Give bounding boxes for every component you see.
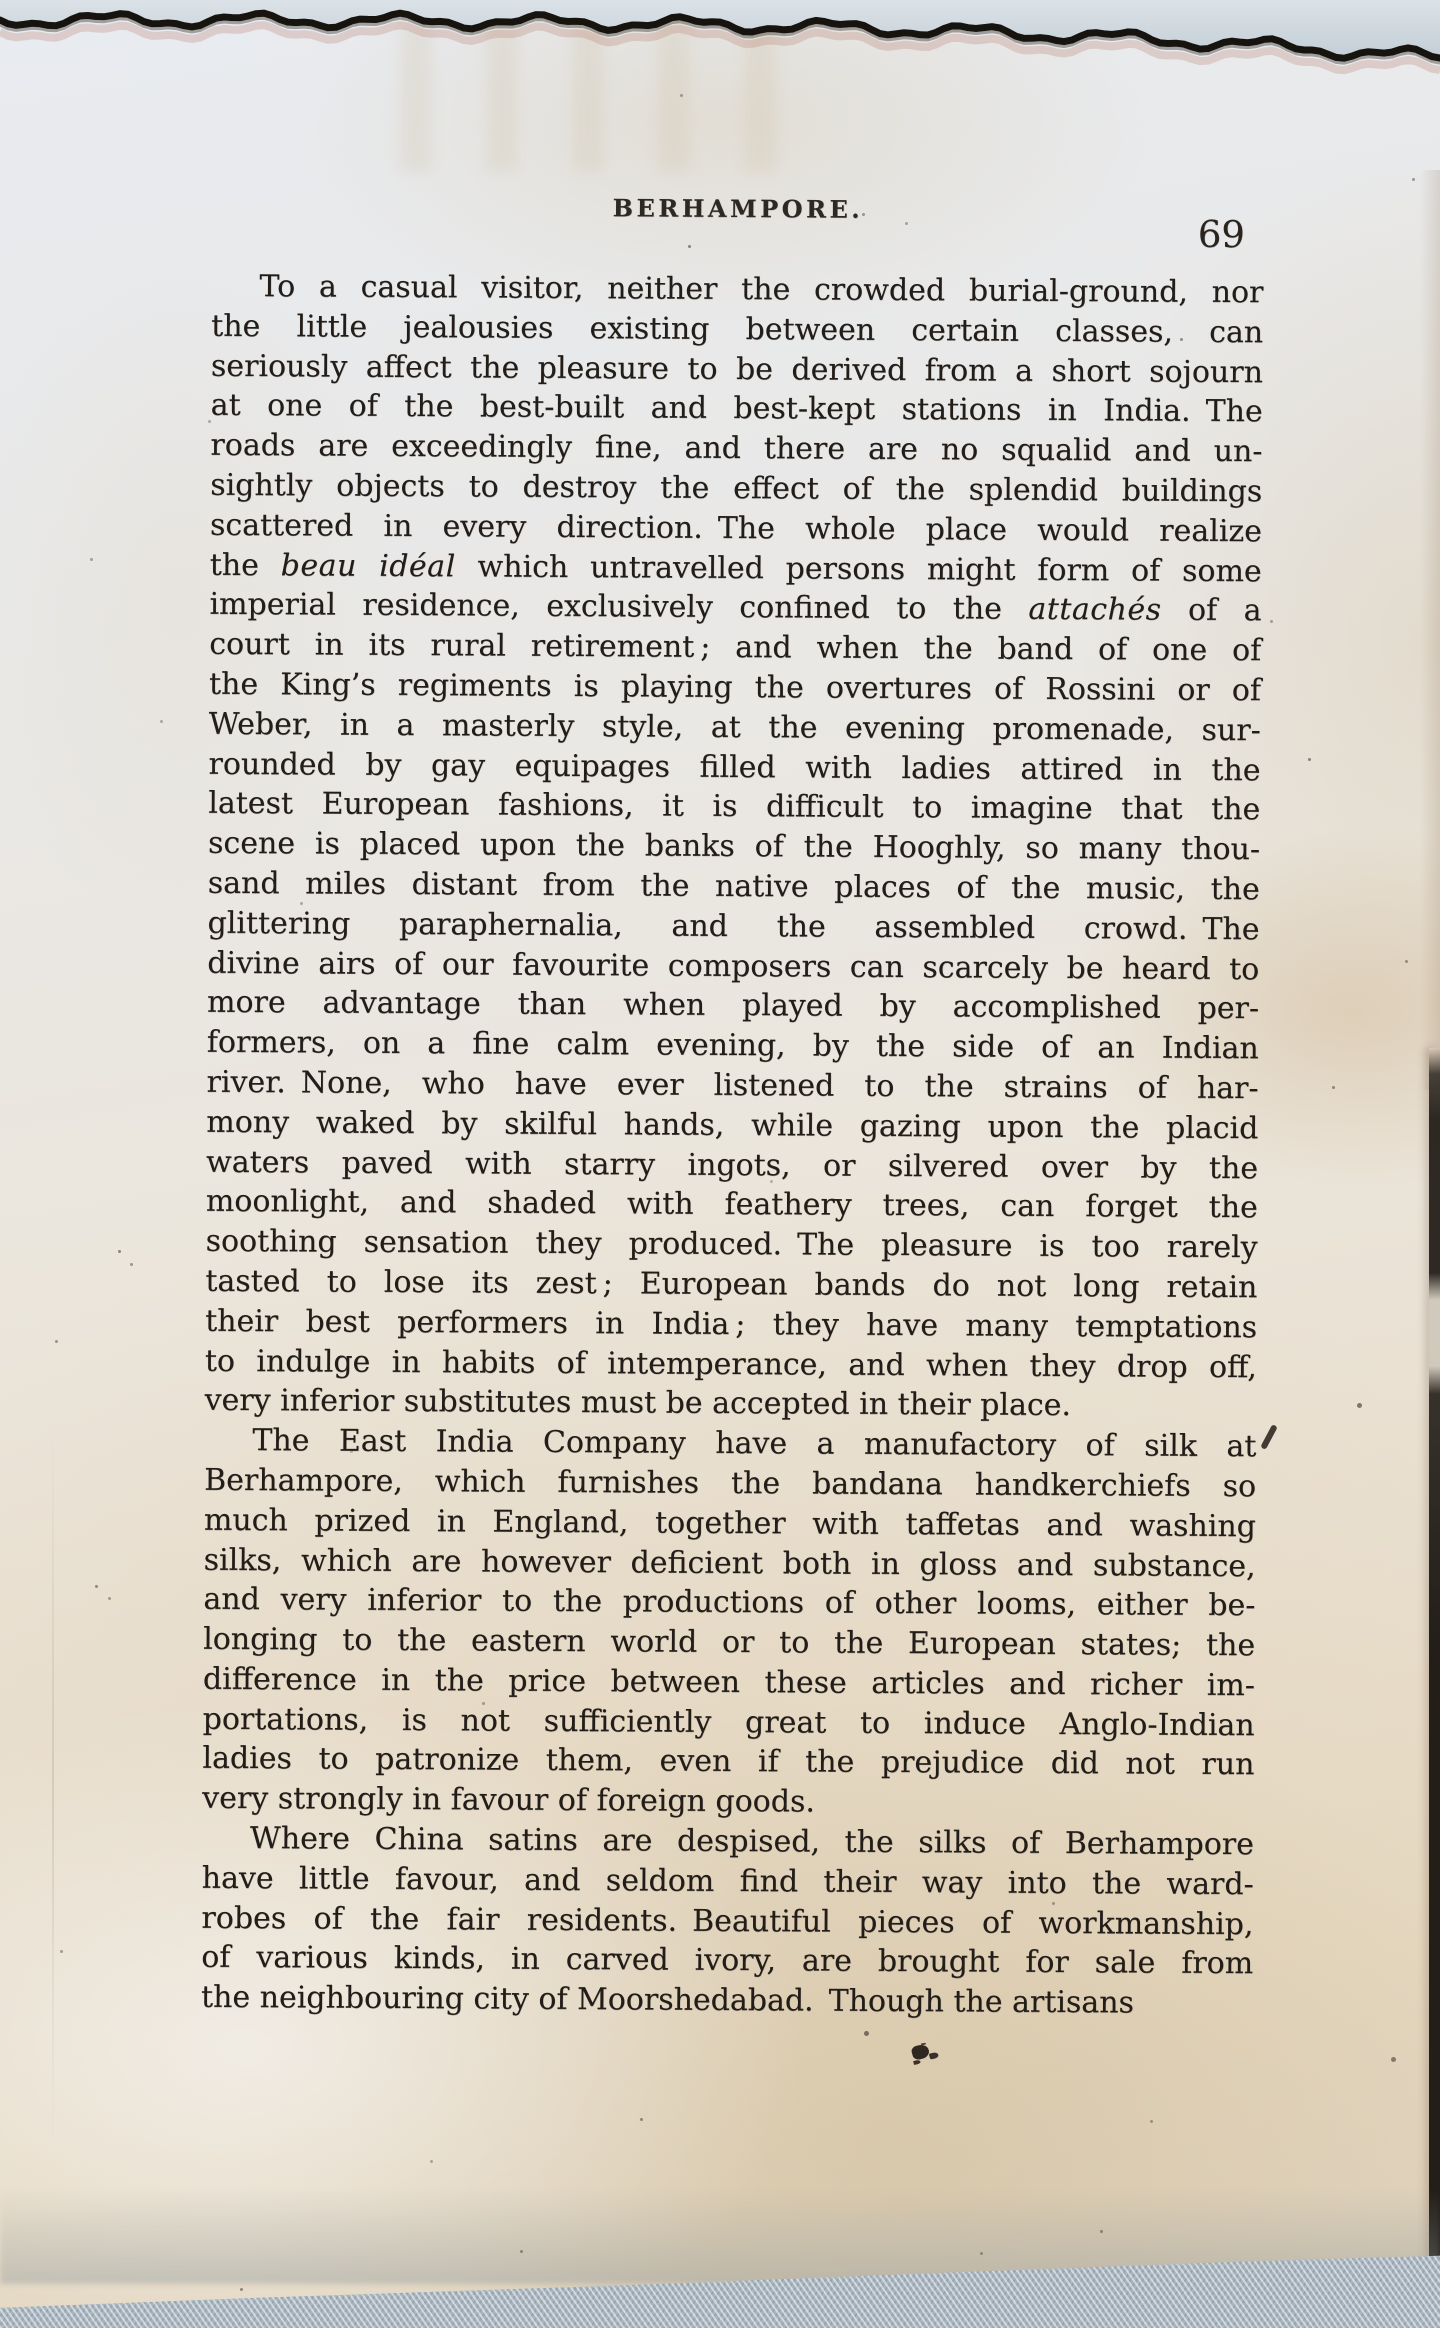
text-line: the neighbouring city of Moorshedabad. T…	[201, 1978, 1253, 2024]
text-line: and very inferior to the productions of …	[203, 1580, 1255, 1626]
text-line: scattered in every direction. The whole …	[210, 506, 1262, 552]
text-line: very inferior substitutes must be accept…	[205, 1381, 1257, 1427]
text-line: ladies to patronize them, even if the pr…	[202, 1739, 1254, 1785]
text-line: sand miles distant from the native place…	[208, 864, 1260, 910]
text-line: tasted to lose its zest ; European bands…	[205, 1262, 1257, 1308]
text-line: the King’s regiments is playing the over…	[209, 665, 1261, 711]
text-line: Weber, in a masterly style, at the eveni…	[209, 705, 1261, 751]
text-line: scene is placed upon the banks of the Ho…	[208, 824, 1260, 870]
text-line: portations, is not sufficiently great to…	[203, 1699, 1255, 1745]
text-line: soothing sensation they produced. The pl…	[206, 1222, 1258, 1268]
text-line: latest European fashions, it is difficul…	[208, 784, 1260, 830]
text-line: the beau idéal which untravelled persons…	[210, 545, 1262, 591]
text-line: imperial residence, exclusively confined…	[209, 585, 1261, 631]
paragraph: Where China satins are despised, the sil…	[201, 1819, 1254, 2024]
text-line: court in its rural retirement ; and when…	[209, 625, 1261, 671]
text-line: rounded by gay equipages filled with lad…	[208, 744, 1260, 790]
text-line: roads are exceedingly fine, and there ar…	[210, 426, 1262, 472]
printed-content: BERHAMPORE. 69 To a casual visitor, neit…	[0, 0, 1440, 2328]
text-line: at one of the best-built and best-kept s…	[211, 386, 1263, 432]
text-line: sightly objects to destroy the effect of…	[210, 466, 1262, 512]
text-line: Where China satins are despised, the sil…	[202, 1819, 1254, 1865]
text-line: of various kinds, in carved ivory, are b…	[201, 1938, 1253, 1984]
text-line: much prized in England, together with ta…	[204, 1500, 1256, 1546]
text-line: formers, on a fine calm evening, by the …	[207, 1023, 1259, 1069]
text-line: their best performers in India ; they ha…	[205, 1301, 1257, 1347]
text-line: to indulge in habits of intemperance, an…	[205, 1341, 1257, 1387]
text-line: mony waked by skilful hands, while gazin…	[206, 1102, 1258, 1148]
text-line: the little jealousies existing between c…	[211, 307, 1263, 353]
text-line: Berhampore, which furnishes the bandana …	[204, 1461, 1256, 1507]
text-line: longing to the eastern world or to the E…	[203, 1620, 1255, 1666]
text-line: waters paved with starry ingots, or silv…	[206, 1142, 1258, 1188]
text-line: seriously affect the pleasure to be deri…	[211, 346, 1263, 392]
text-line: very strongly in favour of foreign goods…	[202, 1779, 1254, 1825]
running-head: BERHAMPORE.	[212, 191, 1264, 226]
text-line: moonlight, and shaded with feathery tree…	[206, 1182, 1258, 1228]
foxing-specks	[0, 0, 3, 3]
text-line: The East India Company have a manufactor…	[204, 1421, 1256, 1467]
text-block: To a casual visitor, neither the crowded…	[201, 267, 1264, 2024]
paragraph: To a casual visitor, neither the crowded…	[205, 267, 1264, 1428]
page-number: 69	[1198, 213, 1245, 256]
text-line: more advantage than when played by accom…	[207, 983, 1259, 1029]
text-line: divine airs of our favourite composers c…	[207, 943, 1259, 989]
paper-crease	[52, 1420, 54, 2150]
text-line: silks, which are however deficient both …	[204, 1540, 1256, 1586]
text-line: robes of the fair residents. Beautiful p…	[201, 1898, 1253, 1944]
text-line: have little favour, and seldom find thei…	[202, 1859, 1254, 1905]
text-line: To a casual visitor, neither the crowded…	[211, 267, 1263, 313]
book-page-scan: BERHAMPORE. 69 To a casual visitor, neit…	[0, 0, 1440, 2328]
text-line: glittering paraphernalia, and the assemb…	[207, 904, 1259, 950]
paragraph: The East India Company have a manufactor…	[202, 1421, 1256, 1825]
text-line: river. None, who have ever listened to t…	[206, 1063, 1258, 1109]
text-line: difference in the price between these ar…	[203, 1660, 1255, 1706]
